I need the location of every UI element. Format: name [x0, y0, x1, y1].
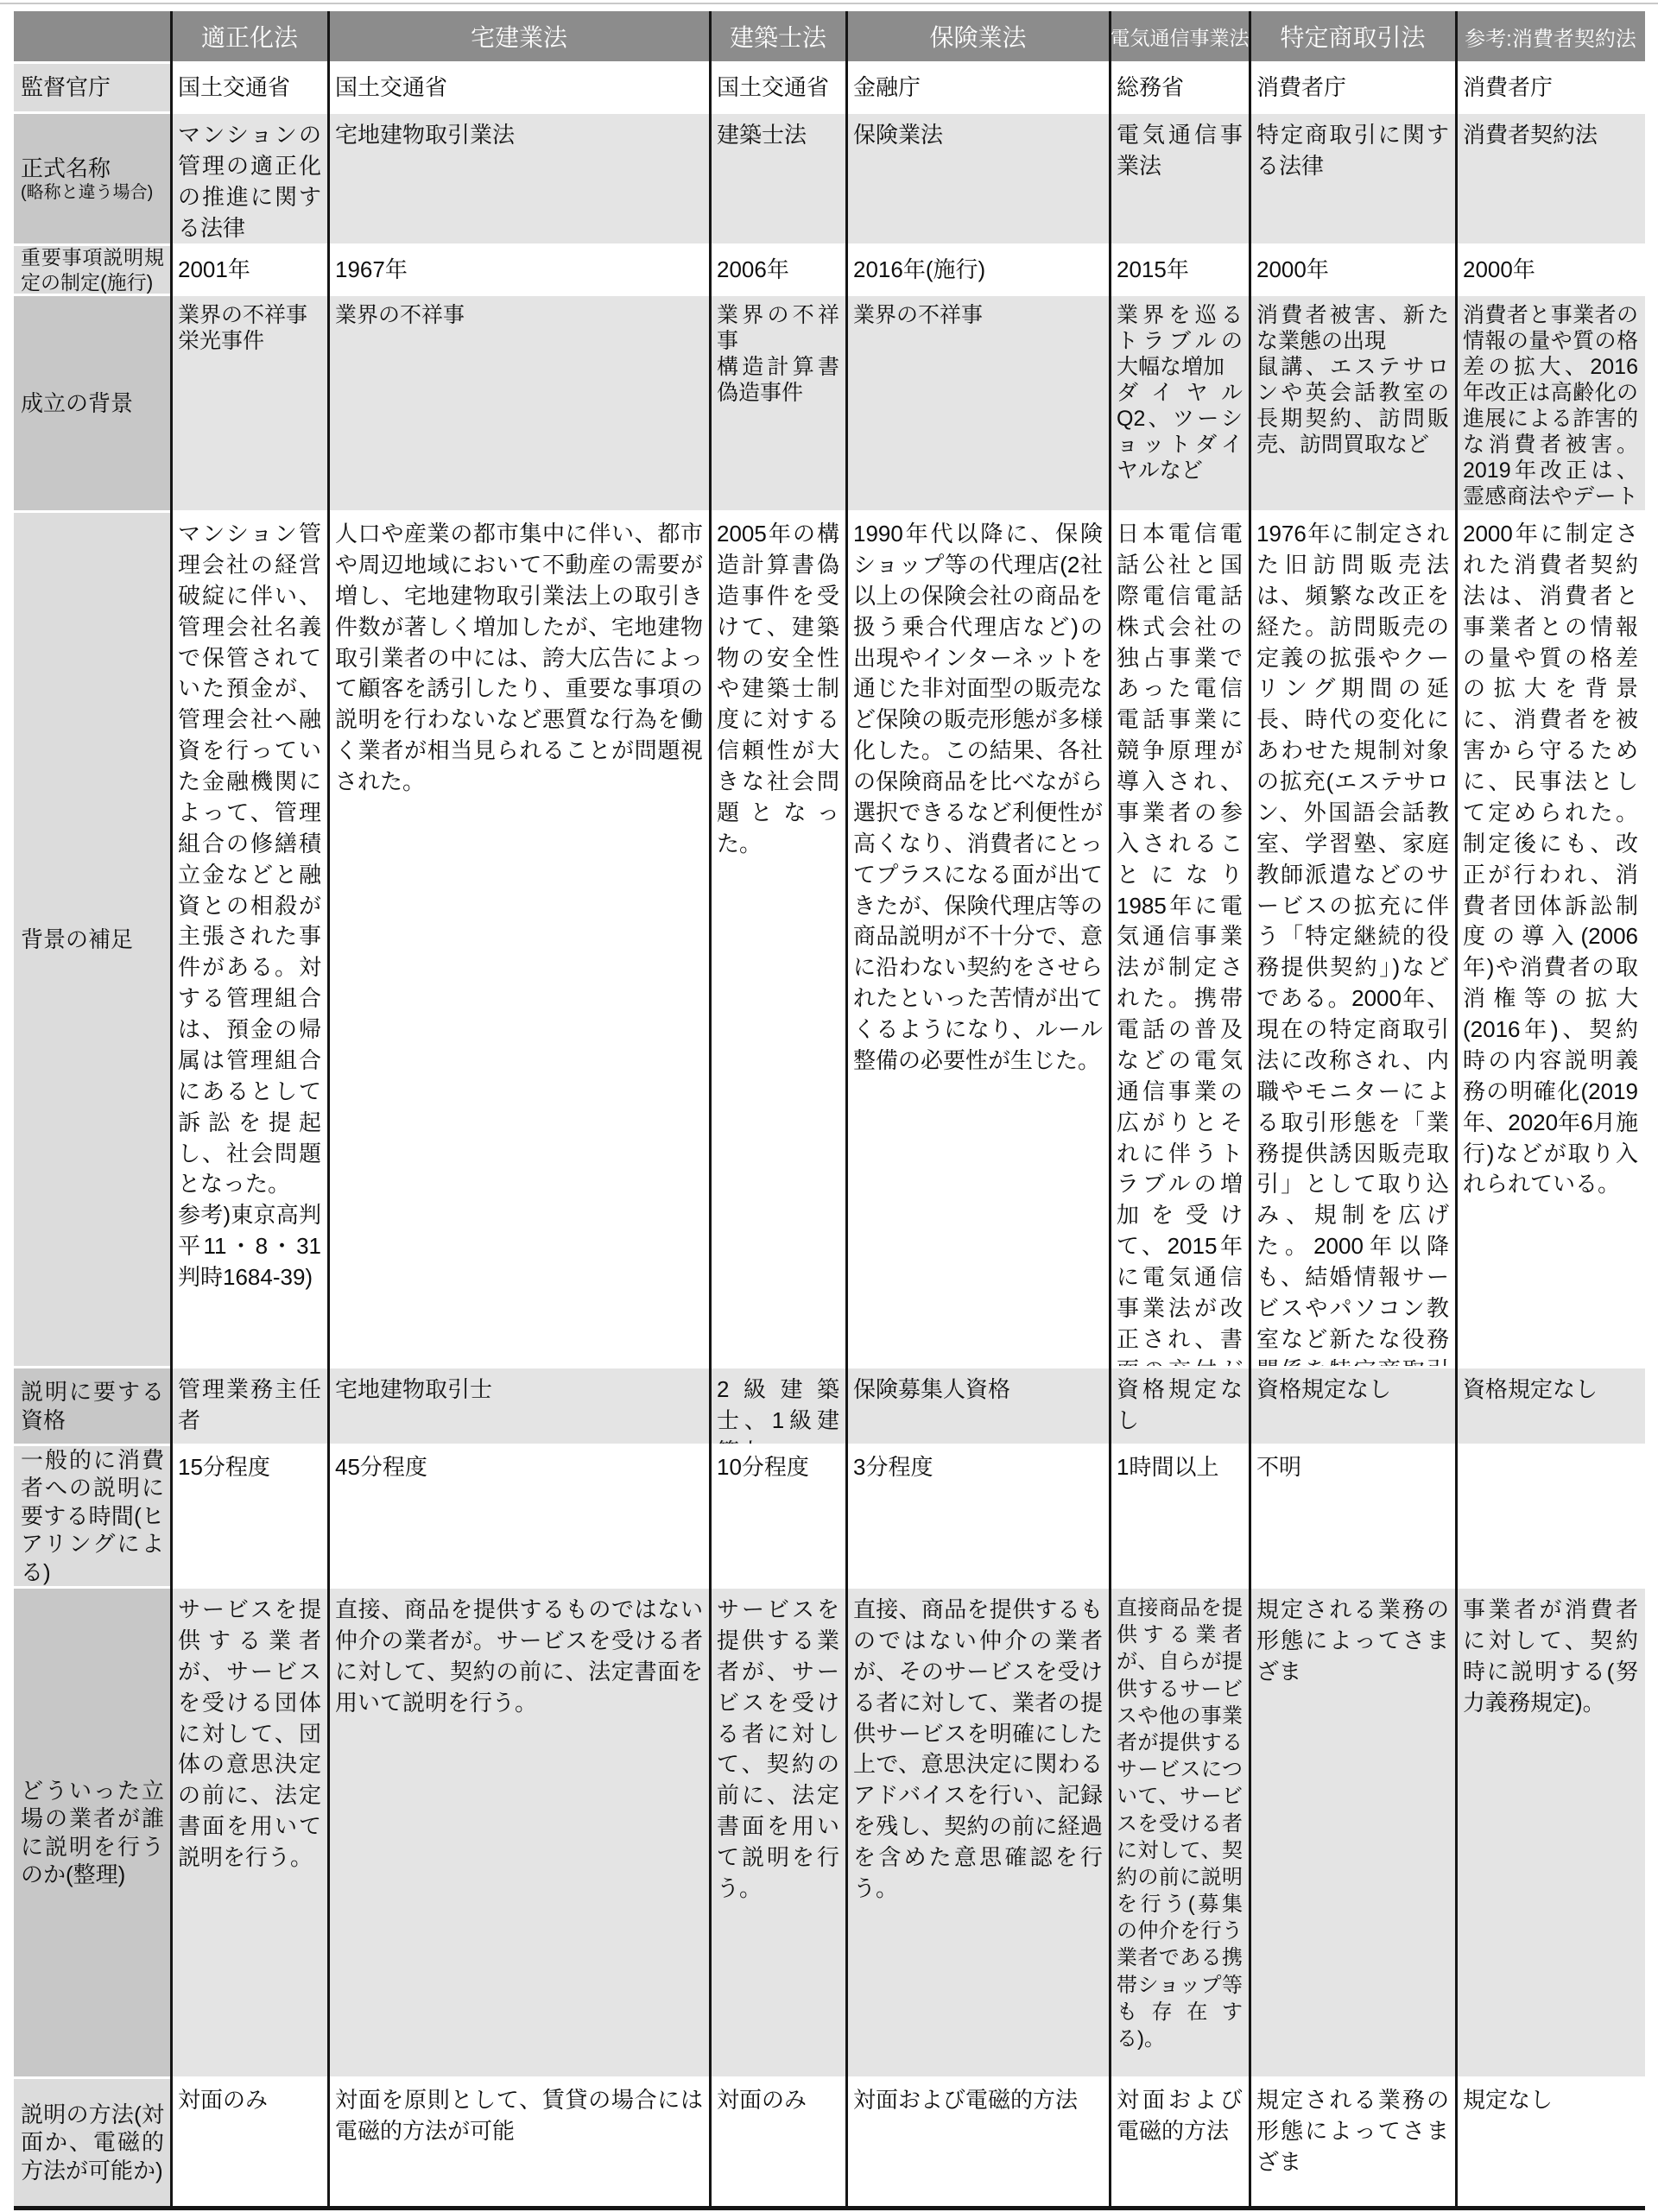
column-divider	[845, 11, 848, 2206]
table-cell	[1456, 1446, 1645, 1586]
table-cell: 保険業法	[846, 114, 1110, 243]
row-label: どういった立場の業者が誰に説明を行うのか(整理)	[14, 1589, 171, 2076]
table-bottom-rule	[14, 2206, 1645, 2210]
table-cell: 2005年の構造計算書偽造事件を受けて、建築物の安全性や建築士制度に対する信頼性…	[710, 513, 846, 1366]
table-cell: 規定される業務の形態によってさまざま	[1250, 2079, 1456, 2206]
column-header: 特定商取引法	[1250, 11, 1456, 61]
row-label: 一般的に消費者への説明に要する時間(ヒアリングによる)	[14, 1446, 171, 1586]
table-cell: 2000年	[1250, 246, 1456, 294]
table-cell: 消費者契約法	[1456, 114, 1645, 243]
column-header: 建築士法	[710, 11, 846, 61]
table-cell: サービスを提供する業者が、サービスを受ける者に対して、契約の前に、法定書面を用い…	[710, 1589, 846, 2076]
table-cell: 1990年代以降に、保険ショップ等の代理店(2社以上の保険会社の商品を扱う乗合代…	[846, 513, 1110, 1366]
table-cell: 総務省	[1110, 64, 1250, 111]
table-cell: 10分程度	[710, 1446, 846, 1586]
table-cell: 宅地建物取引業法	[328, 114, 710, 243]
table-cell: 建築士法	[710, 114, 846, 243]
table-row: 一般的に消費者への説明に要する時間(ヒアリングによる) 15分程度 45分程度 …	[14, 1444, 1645, 1586]
page-top-rule	[0, 3, 1658, 4]
table-cell: マンションの管理の適正化の推進に関する法律	[171, 114, 328, 243]
table-cell: 2000年	[1456, 246, 1645, 294]
table-cell: 宅地建物取引士	[328, 1368, 710, 1444]
table-cell: 15分程度	[171, 1446, 328, 1586]
table-cell: 対面および電磁的方法	[1110, 2079, 1250, 2206]
table-row: 重要事項説明規定の制定(施行) 2001年 1967年 2006年 2016年(…	[14, 243, 1645, 294]
table-cell: 資格規定なし	[1110, 1368, 1250, 1444]
column-header: 適正化法	[171, 11, 328, 61]
table-cell: 消費者被害、新たな業態の出現 鼠講、エステサロンや英会話教室の長期契約、訪問販売…	[1250, 296, 1456, 510]
table-cell: 資格規定なし	[1250, 1368, 1456, 1444]
table-cell: 業界を巡るトラブルの大幅な増加 ダイヤルQ2、ツーショットダイヤルなど	[1110, 296, 1250, 510]
table-cell: 業界の不祥事 栄光事件	[171, 296, 328, 510]
table-cell: 直接、商品を提供するものではない仲介の業者が、そのサービスを受ける者に対して、業…	[846, 1589, 1110, 2076]
row-sublabel: (略称と違う場合)	[21, 182, 164, 203]
table-cell: 1976年に制定された旧訪問販売法は、頻繁な改正を経た。訪問販売の定義の拡張やク…	[1250, 513, 1456, 1366]
column-header: 保険業法	[846, 11, 1110, 61]
row-label: 成立の背景	[14, 296, 171, 510]
table-cell: 45分程度	[328, 1446, 710, 1586]
table-cell: 管理業務主任者	[171, 1368, 328, 1444]
table-cell: 2級建築士、1級建築士	[710, 1368, 846, 1444]
table-cell: 1時間以上	[1110, 1446, 1250, 1586]
table-cell: 直接、商品を提供するものではない仲介の業者が。サービスを受ける者に対して、契約の…	[328, 1589, 710, 2076]
table-cell: 業界の不祥事 構造計算書偽造事件	[710, 296, 846, 510]
table-cell: 対面および電磁的方法	[846, 2079, 1110, 2206]
table-cell: 業界の不祥事	[846, 296, 1110, 510]
table-cell: 人口や産業の都市集中に伴い、都市や周辺地域において不動産の需要が増し、宅地建物取…	[328, 513, 710, 1366]
table-cell: 消費者庁	[1456, 64, 1645, 111]
table-row: 説明の方法(対面か、電磁的方法が可能か) 対面のみ 対面を原則として、賃貸の場合…	[14, 2076, 1645, 2206]
table-cell: 2000年に制定された消費者契約法は、消費者と事業者との情報の量や質の格差の拡大…	[1456, 513, 1645, 1366]
column-header: 宅建業法	[328, 11, 710, 61]
table-cell: 2015年	[1110, 246, 1250, 294]
table-row: どういった立場の業者が誰に説明を行うのか(整理) サービスを提供する業者が、サー…	[14, 1586, 1645, 2076]
table-cell: 3分程度	[846, 1446, 1110, 1586]
table-cell: 2001年	[171, 246, 328, 294]
table-cell: 消費者と事業者の情報の量や質の格差の拡大、2016年改正は高齢化の進展による詐害…	[1456, 296, 1645, 510]
table-cell: 2016年(施行)	[846, 246, 1110, 294]
row-label: 説明に要する資格	[14, 1368, 171, 1444]
table-cell: 規定される業務の形態によってさまざま	[1250, 1589, 1456, 2076]
column-divider	[1109, 11, 1111, 2206]
table-cell: 国土交通省	[710, 64, 846, 111]
column-divider	[170, 11, 173, 2206]
table-cell: 国土交通省	[171, 64, 328, 111]
table-cell: 業界の不祥事	[328, 296, 710, 510]
table-cell: 対面のみ	[171, 2079, 328, 2206]
table-row: 成立の背景 業界の不祥事 栄光事件 業界の不祥事 業界の不祥事 構造計算書偽造事…	[14, 294, 1645, 510]
table-cell: 不明	[1250, 1446, 1456, 1586]
law-comparison-table: 適正化法 宅建業法 建築士法 保険業法 電気通信事業法 特定商取引法 参考:消費…	[14, 11, 1645, 2210]
table-cell: 対面のみ	[710, 2079, 846, 2206]
table-cell: 対面を原則として、賃貸の場合には電磁的方法が可能	[328, 2079, 710, 2206]
table-cell: 2006年	[710, 246, 846, 294]
table-cell: 電気通信事業法	[1110, 114, 1250, 243]
corner-cell	[14, 11, 171, 61]
column-divider	[709, 11, 712, 2206]
table-cell: マンション管理会社の経営破綻に伴い、管理会社名義で保管されていた預金が、管理会社…	[171, 513, 328, 1366]
row-label: 重要事項説明規定の制定(施行)	[14, 246, 171, 294]
table-row: 正式名称 (略称と違う場合) マンションの管理の適正化の推進に関する法律 宅地建…	[14, 111, 1645, 243]
table-cell: 特定商取引に関する法律	[1250, 114, 1456, 243]
row-label: 説明の方法(対面か、電磁的方法が可能か)	[14, 2079, 171, 2206]
table-cell: 規定なし	[1456, 2079, 1645, 2206]
table-cell: 直接商品を提供する業者が、自らが提供するサービスや他の事業者が提供するサービスに…	[1110, 1589, 1250, 2076]
column-divider	[327, 11, 330, 2206]
table-cell: 保険募集人資格	[846, 1368, 1110, 1444]
column-divider	[1249, 11, 1251, 2206]
column-divider	[1455, 11, 1458, 2206]
column-header: 電気通信事業法	[1110, 11, 1250, 61]
row-label: 正式名称 (略称と違う場合)	[14, 114, 171, 243]
row-label: 背景の補足	[14, 513, 171, 1366]
table-cell: 1967年	[328, 246, 710, 294]
table-cell: 国土交通省	[328, 64, 710, 111]
table-row: 背景の補足 マンション管理会社の経営破綻に伴い、管理会社名義で保管されていた預金…	[14, 510, 1645, 1366]
row-label: 監督官庁	[14, 64, 171, 111]
table-row: 説明に要する資格 管理業務主任者 宅地建物取引士 2級建築士、1級建築士 保険募…	[14, 1366, 1645, 1444]
table-cell: 日本電信電話公社と国際電信電話株式会社の独占事業であった電信電話事業に競争原理が…	[1110, 513, 1250, 1366]
header-row: 適正化法 宅建業法 建築士法 保険業法 電気通信事業法 特定商取引法 参考:消費…	[14, 11, 1645, 61]
table-cell: 資格規定なし	[1456, 1368, 1645, 1444]
table-cell: 消費者庁	[1250, 64, 1456, 111]
table-cell: 金融庁	[846, 64, 1110, 111]
table-cell: サービスを提供する業者が、サービスを受ける団体に対して、団体の意思決定の前に、法…	[171, 1589, 328, 2076]
column-header: 参考:消費者契約法	[1456, 11, 1645, 61]
table-cell: 事業者が消費者に対して、契約時に説明する(努力義務規定)。	[1456, 1589, 1645, 2076]
table-row: 監督官庁 国土交通省 国土交通省 国土交通省 金融庁 総務省 消費者庁 消費者庁	[14, 61, 1645, 111]
